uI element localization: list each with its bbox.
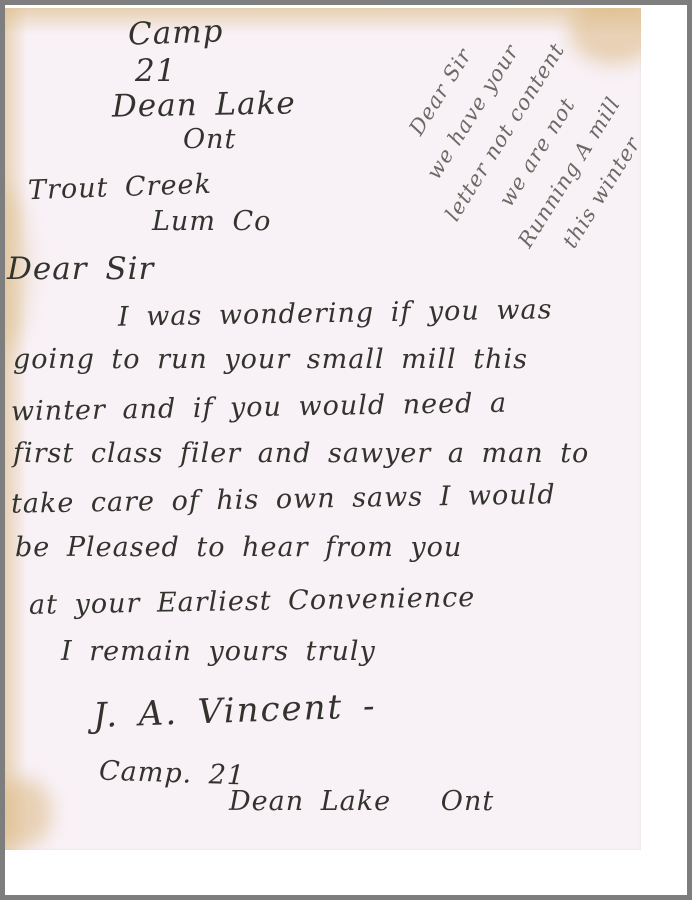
scan-frame: Dear Sir we have your letter not content… [0,0,692,900]
aged-left-edge [5,8,27,850]
body-line-1: I was wondering if you was [118,296,553,331]
body-line-3: winter and if you would need a [11,390,507,426]
letter-paper: Dear Sir we have your letter not content… [5,8,641,850]
postscript-camp: Camp. 21 [99,757,246,789]
body-line-2: going to run your small mill this [13,346,528,373]
body-line-7: at your Earliest Convenience [29,584,476,619]
recipient-line: Trout Creek [28,171,213,204]
body-line-4: first class filer and sawyer a man to [13,440,589,467]
signature: J. A. Vincent - [92,689,377,733]
aged-stain-bottom-left [5,778,51,848]
heading-province: Ont [183,126,236,153]
body-line-6: be Pleased to hear from you [15,534,462,561]
heading-place: Dean Lake [112,88,296,122]
recipient-company: Lum Co [152,208,271,235]
closing: I remain yours truly [61,638,376,665]
body-line-5: take care of his own saws I would [11,481,556,518]
heading-camp: Camp [127,16,223,50]
heading-camp-number: 21 [135,56,176,87]
postscript-place: Dean Lake Ont [229,788,494,815]
salutation: Dear Sir [7,254,154,285]
